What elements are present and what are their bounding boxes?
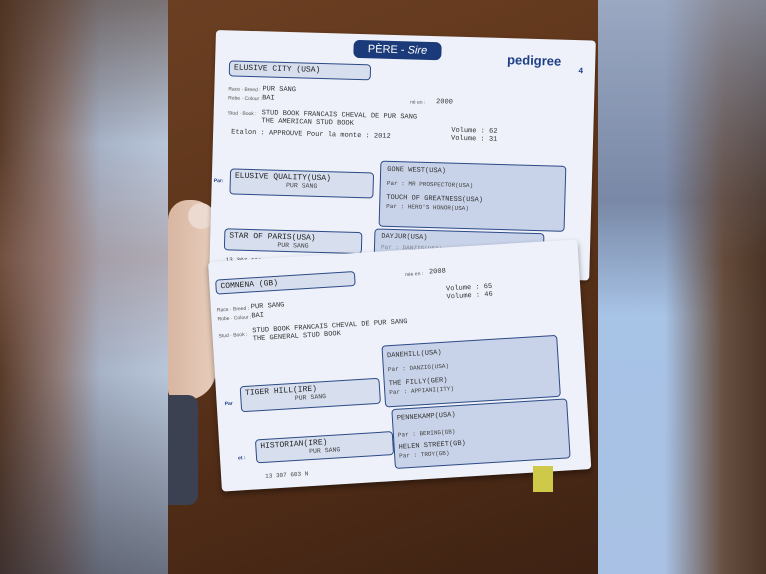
sire-volume-2: Volume : 31 <box>451 135 497 144</box>
dam-name-box: COMNENA (GB) <box>215 271 356 295</box>
sire-stallion-note: Etalon : APPROUVE Pour la monte : 2012 <box>231 128 391 140</box>
sire-name: ELUSIVE CITY (USA) <box>234 64 321 75</box>
grandparent-par: Par : BERING(GB) <box>398 428 456 439</box>
sire-born: 2000 <box>436 98 453 106</box>
page-number: 4 <box>578 66 583 75</box>
grandparent-name: GONE WEST(USA) <box>387 166 446 176</box>
sire-par-label: Par: <box>214 178 224 184</box>
pedigree-brand: pedigree <box>507 52 562 69</box>
dam-volume-2: Volume : 46 <box>446 291 493 302</box>
yellow-bookmark-tab <box>533 466 553 492</box>
pere-sire-badge: PÈRE - Sire <box>353 40 441 60</box>
grandparent-name: DAYJUR(USA) <box>381 233 427 242</box>
sire-breed: PUR SANG <box>262 85 296 94</box>
blurred-right-panel <box>598 0 766 574</box>
dam-father-box: TIGER HILL(IRE) PUR SANG <box>240 378 381 412</box>
sleeve <box>168 395 198 505</box>
pedigree-photo: PÈRE - Sire pedigree 4 ELUSIVE CITY (USA… <box>168 0 598 574</box>
dam-maternal-grandparents-box: PENNEKAMP(USA) Par : BERING(GB) HELEN ST… <box>391 398 570 469</box>
dam-par-label: Par <box>225 401 233 407</box>
sire-paternal-grandparents-box: GONE WEST(USA) Par : MR PROSPECTOR(USA) … <box>379 161 567 232</box>
dam-breed-label: Race · Breed : <box>217 306 250 314</box>
sire-mother-box: STAR OF PARIS(USA) PUR SANG <box>224 228 363 254</box>
sire-born-label: né en : <box>410 99 425 105</box>
grandparent-name: DANEHILL(USA) <box>387 349 442 360</box>
sire-father-box: ELUSIVE QUALITY(USA) PUR SANG <box>229 168 374 198</box>
sire-studbook-label: Stud · Book : <box>228 110 257 117</box>
blurred-left-panel <box>0 0 168 574</box>
dam-reg-number: 13 307 603 N <box>265 470 309 480</box>
dam-born-label: née en : <box>405 271 423 278</box>
dam-studbook-label: Stud · Book : <box>218 332 247 340</box>
dam-mother-box: HISTORIAN(IRE) PUR SANG <box>255 431 394 463</box>
sire-name-box: ELUSIVE CITY (USA) <box>229 60 371 80</box>
grandparent-name: PENNEKAMP(USA) <box>397 411 456 423</box>
badge-main: PÈRE <box>368 43 398 56</box>
hand <box>168 200 216 400</box>
dam-breed: PUR SANG <box>251 301 285 311</box>
sire-breed-label: Race · Breed : <box>228 86 260 93</box>
sire-colour-label: Robe · Colour : <box>228 95 262 102</box>
grandparent-par: Par : DANZIG(USA) <box>388 362 450 373</box>
sire-studbook-2: THE AMERICAN STUD BOOK <box>261 117 354 128</box>
dam-name: COMNENA (GB) <box>220 279 278 292</box>
sire-mother-breed: PUR SANG <box>229 240 357 251</box>
dam-paternal-grandparents-box: DANEHILL(USA) Par : DANZIG(USA) THE FILL… <box>381 335 560 408</box>
dam-et-label: et : <box>238 455 246 461</box>
grandparent-par: Par : MR PROSPECTOR(USA) <box>387 180 474 189</box>
sire-father-breed: PUR SANG <box>235 181 369 192</box>
sire-colour: BAI <box>262 94 275 102</box>
dam-page: COMNENA (GB) née en : 2008 Race · Breed … <box>208 239 591 491</box>
badge-sub: Sire <box>407 44 427 57</box>
dam-colour-label: Robe · Colour : <box>217 314 251 322</box>
grandparent-par: Par : HERO'S HONOR(USA) <box>386 203 469 212</box>
dam-colour: BAI <box>251 312 264 321</box>
dam-born: 2008 <box>429 268 446 277</box>
